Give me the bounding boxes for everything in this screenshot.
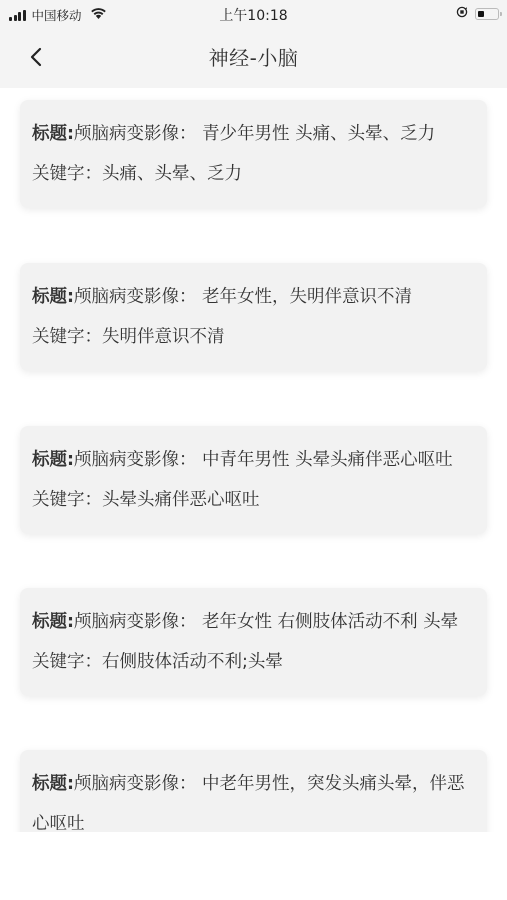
keyword-label: 关键字： [32, 490, 102, 510]
case-list[interactable]: 标题:颅脑病变影像： 青少年男性 头痛、头晕、乏力 关键字：头痛、头晕、乏力 标… [0, 88, 507, 832]
case-title-text: 颅脑病变影像： 老年女性 右侧肢体活动不利 头晕 [74, 612, 458, 632]
keyword-label: 关键字： [32, 327, 102, 347]
case-title: 标题:颅脑病变影像： 中青年男性 头晕头痛伴恶心呕吐 [32, 440, 475, 480]
case-keywords-text: 右侧肢体活动不利;头晕 [102, 652, 283, 672]
case-title: 标题:颅脑病变影像： 老年女性 右侧肢体活动不利 头晕 [32, 602, 475, 642]
case-keywords-text: 失明伴意识不清 [102, 327, 225, 347]
title-label: 标题: [32, 612, 74, 632]
case-keywords: 关键字：右侧肢体活动不利;头晕 [32, 642, 475, 682]
title-label: 标题: [32, 287, 74, 307]
battery-icon [475, 8, 499, 20]
case-keywords: 关键字：失明伴意识不清 [32, 317, 475, 357]
case-title-text: 颅脑病变影像： 青少年男性 头痛、头晕、乏力 [74, 124, 435, 144]
case-card[interactable]: 标题:颅脑病变影像： 老年女性，失明伴意识不清 关键字：失明伴意识不清 [20, 263, 487, 371]
case-card[interactable]: 标题:颅脑病变影像： 青少年男性 头痛、头晕、乏力 关键字：头痛、头晕、乏力 [20, 100, 487, 208]
case-title: 标题:颅脑病变影像： 青少年男性 头痛、头晕、乏力 [32, 114, 475, 154]
case-keywords: 关键字：头痛、头晕、乏力 [32, 154, 475, 194]
case-title-text: 颅脑病变影像： 老年女性，失明伴意识不清 [74, 287, 412, 307]
nav-bar: 神经-小脑 [0, 28, 507, 88]
status-bar: 中国移动 上午10:18 [0, 0, 507, 28]
case-keywords: 关键字：头晕头痛伴恶心呕吐 [32, 480, 475, 520]
keyword-label: 关键字： [32, 652, 102, 672]
title-label: 标题: [32, 124, 74, 144]
case-card[interactable]: 标题:颅脑病变影像： 中青年男性 头晕头痛伴恶心呕吐 关键字：头晕头痛伴恶心呕吐 [20, 426, 487, 534]
case-card[interactable]: 标题:颅脑病变影像： 老年女性 右侧肢体活动不利 头晕 关键字：右侧肢体活动不利… [20, 588, 487, 696]
rotation-lock-icon [456, 6, 468, 22]
status-time: 上午10:18 [0, 5, 507, 25]
case-title-text: 颅脑病变影像： 中老年男性，突发头痛头晕，伴恶心呕吐 [32, 774, 465, 832]
case-keywords-text: 头晕头痛伴恶心呕吐 [102, 490, 260, 510]
keyword-label: 关键字： [32, 164, 102, 184]
case-title-text: 颅脑病变影像： 中青年男性 头晕头痛伴恶心呕吐 [74, 450, 453, 470]
page-title: 神经-小脑 [0, 42, 507, 71]
title-label: 标题: [32, 450, 74, 470]
title-label: 标题: [32, 774, 74, 794]
case-title: 标题:颅脑病变影像： 中老年男性，突发头痛头晕，伴恶心呕吐 [32, 764, 475, 832]
status-right [456, 6, 499, 22]
case-keywords-text: 头痛、头晕、乏力 [102, 164, 242, 184]
case-title: 标题:颅脑病变影像： 老年女性，失明伴意识不清 [32, 277, 475, 317]
case-card[interactable]: 标题:颅脑病变影像： 中老年男性，突发头痛头晕，伴恶心呕吐 [20, 750, 487, 832]
top-bar: 中国移动 上午10:18 [0, 0, 507, 88]
